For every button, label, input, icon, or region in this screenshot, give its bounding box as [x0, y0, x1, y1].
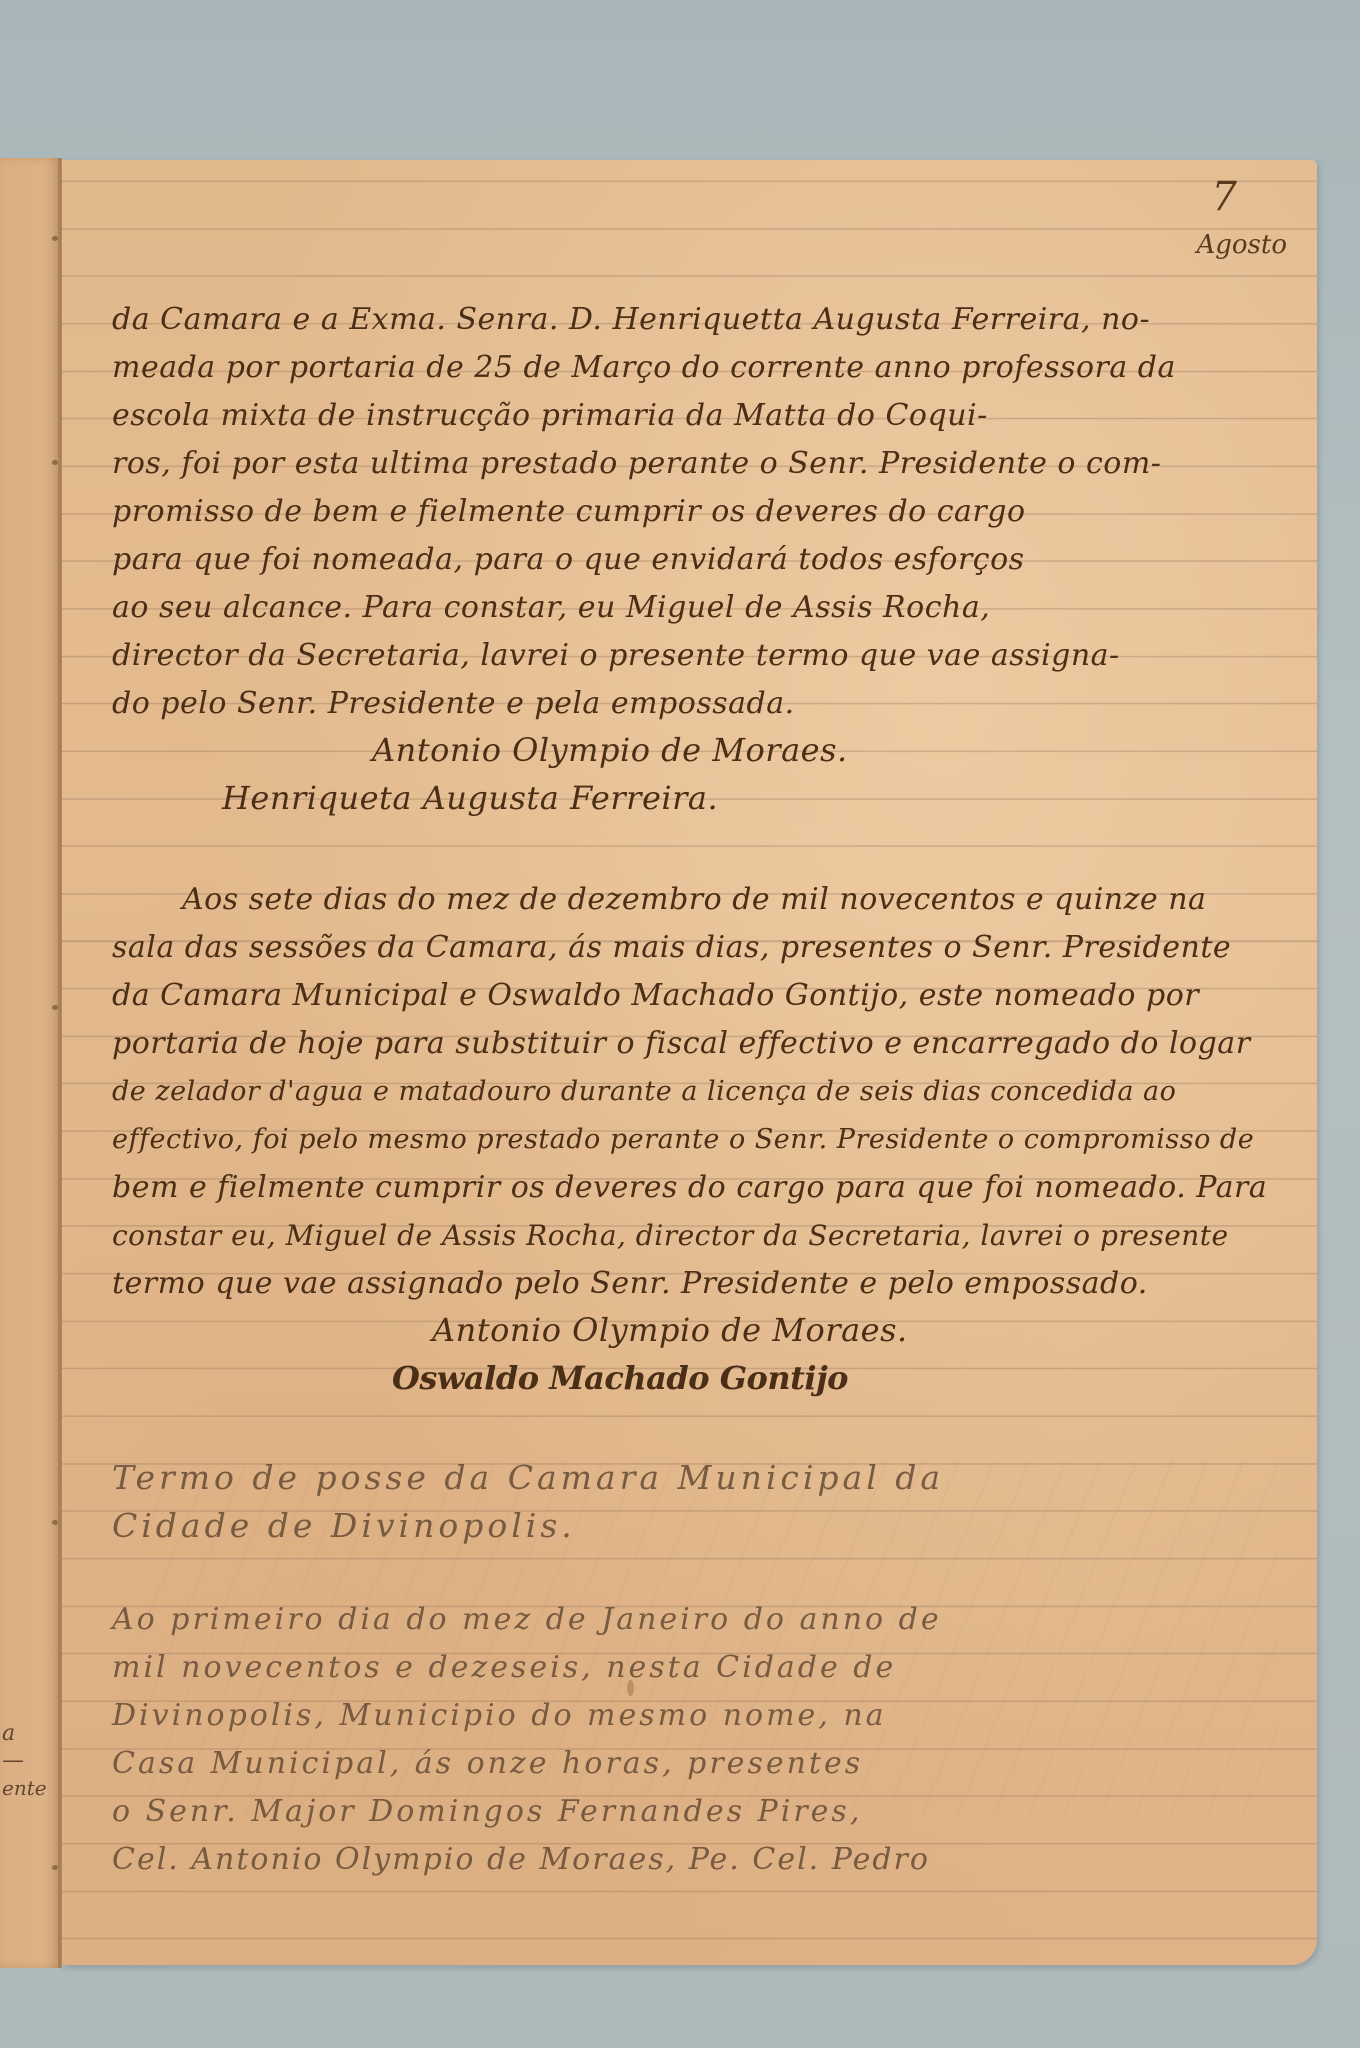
photographed-ledger-scene: a — ente 7 Agosto da Camara e a Exma. Se…: [0, 0, 1360, 2048]
ledger-page: 7 Agosto da Camara e a Exma. Senra. D. H…: [62, 160, 1317, 1965]
binding-hole: [52, 1005, 58, 1010]
entry-line: Divinopolis, Municipio do mesmo nome, na: [112, 1698, 1287, 1734]
signature-appointee: Oswaldo Machado Gontijo: [392, 1360, 1287, 1396]
facing-page-text: a: [2, 1721, 15, 1746]
page-number: 7: [1212, 174, 1237, 220]
binding-gutter: [58, 158, 61, 1968]
entry-line: Ao primeiro dia do mez de Janeiro do ann…: [112, 1602, 1287, 1638]
entry-line: de zelador d'agua e matadouro durante a …: [112, 1074, 1287, 1110]
signature-president: Antonio Olympio de Moraes.: [372, 732, 1287, 768]
entry-line: Aos sete dias do mez de dezembro de mil …: [182, 882, 1287, 918]
entry-line: director da Secretaria, lavrei o present…: [112, 638, 1287, 674]
entry-line: do pelo Senr. Presidente e pela empossad…: [112, 686, 1287, 722]
entry-line: portaria de hoje para substituir o fisca…: [112, 1026, 1287, 1062]
entry-line: effectivo, foi pelo mesmo prestado peran…: [112, 1122, 1287, 1158]
entry-line: da Camara e a Exma. Senra. D. Henriquett…: [112, 302, 1287, 338]
entry-line: bem e fielmente cumprir os deveres do ca…: [112, 1170, 1287, 1206]
entry-line: sala das sessões da Camara, ás mais dias…: [112, 930, 1287, 966]
entry-line: ros, foi por esta ultima prestado perant…: [112, 446, 1287, 482]
entry-heading: Cidade de Divinopolis.: [112, 1508, 1287, 1544]
entry-line: meada por portaria de 25 de Março do cor…: [112, 350, 1287, 386]
facing-page-fragment: a — ente: [0, 158, 62, 1968]
entry-line: mil novecentos e dezeseis, nesta Cidade …: [112, 1650, 1287, 1686]
binding-hole: [52, 460, 58, 465]
signature-appointee: Henriqueta Augusta Ferreira.: [222, 780, 1287, 816]
entry-heading: Termo de posse da Camara Municipal da: [112, 1460, 1287, 1496]
entry-line: Cel. Antonio Olympio de Moraes, Pe. Cel.…: [112, 1842, 1287, 1878]
binding-hole: [52, 1520, 58, 1525]
entry-line: termo que vae assignado pelo Senr. Presi…: [112, 1266, 1287, 1302]
entry-line: da Camara Municipal e Oswaldo Machado Go…: [112, 978, 1287, 1014]
entry-line: ao seu alcance. Para constar, eu Miguel …: [112, 590, 1287, 626]
entry-line: constar eu, Miguel de Assis Rocha, direc…: [112, 1218, 1287, 1254]
month-note: Agosto: [1196, 230, 1287, 260]
facing-page-text: —: [2, 1748, 24, 1773]
entry-line: escola mixta de instrucção primaria da M…: [112, 398, 1287, 434]
entry-line: para que foi nomeada, para o que envidar…: [112, 542, 1287, 578]
binding-hole: [52, 1865, 58, 1870]
binding-hole: [52, 236, 58, 241]
entry-line: o Senr. Major Domingos Fernandes Pires,: [112, 1794, 1287, 1830]
entry-line: promisso de bem e fielmente cumprir os d…: [112, 494, 1287, 530]
facing-page-text: ente: [2, 1776, 47, 1800]
entry-line: Casa Municipal, ás onze horas, presentes: [112, 1746, 1287, 1782]
signature-president: Antonio Olympio de Moraes.: [432, 1312, 1287, 1348]
